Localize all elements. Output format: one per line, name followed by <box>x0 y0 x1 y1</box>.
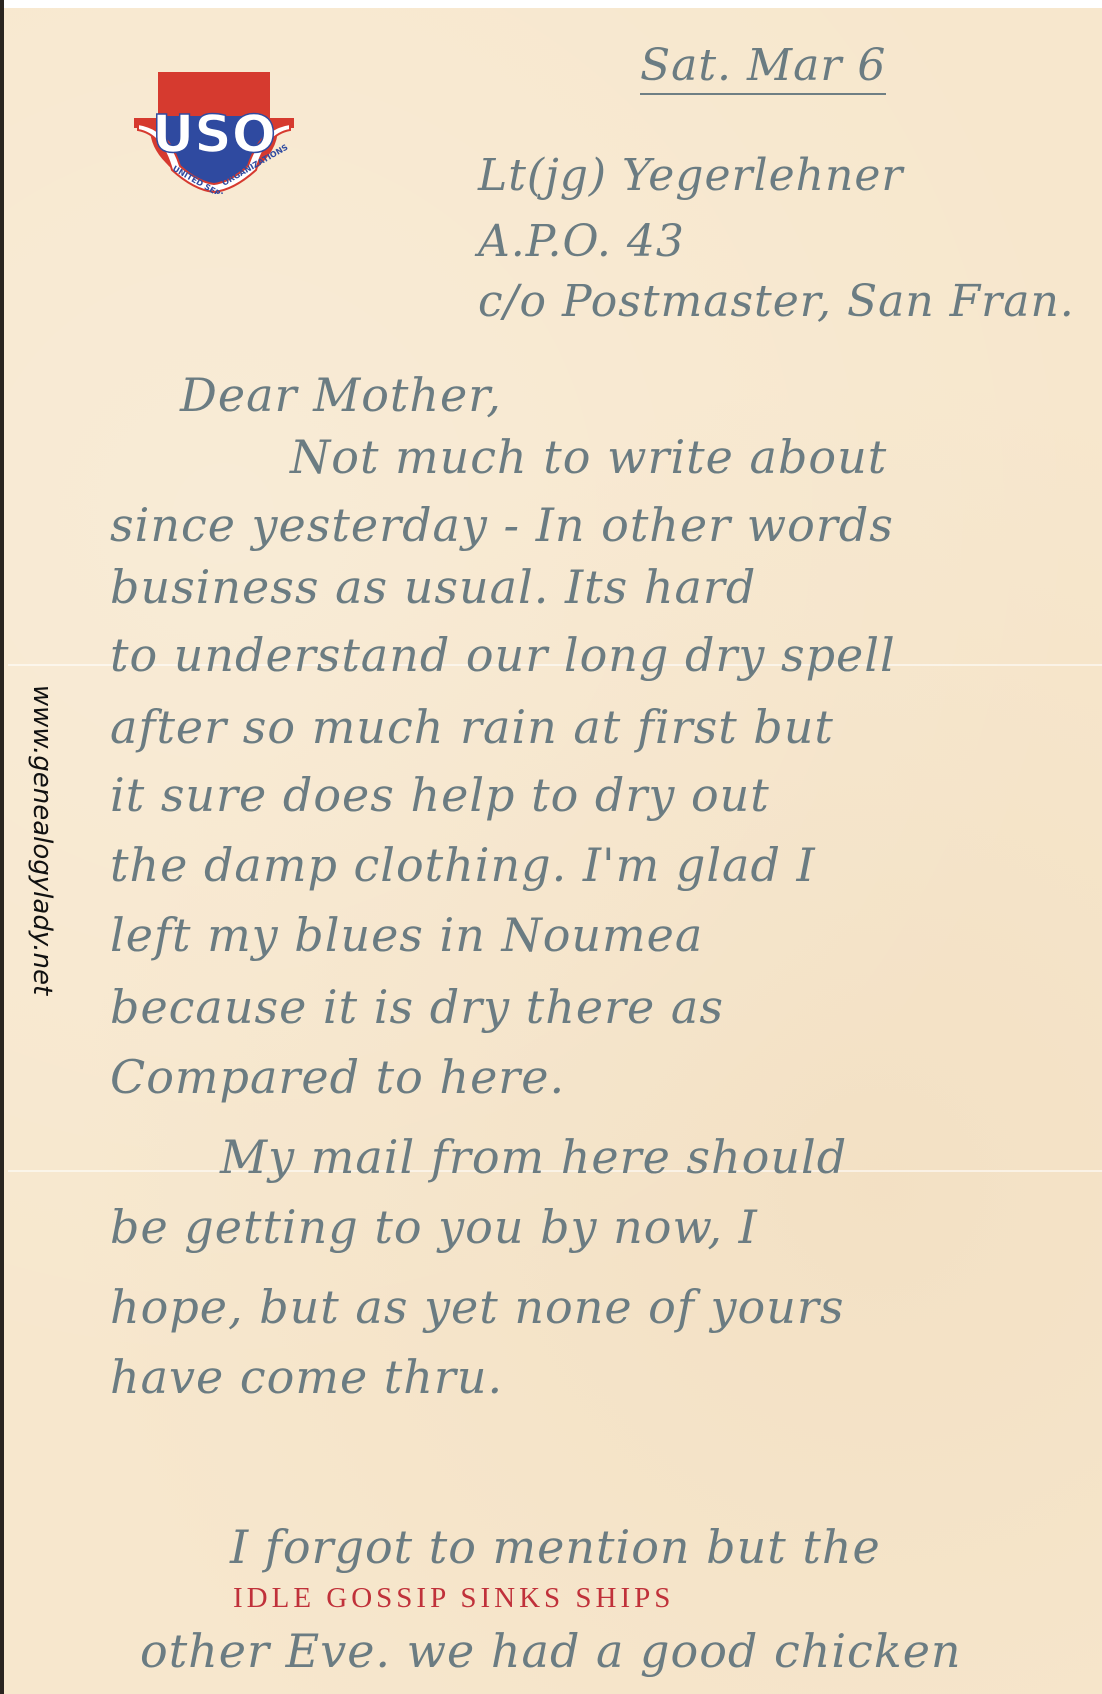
svg-text:USO: USO <box>152 105 276 165</box>
body-line: because it is dry there as <box>110 980 724 1034</box>
body-line: Compared to here. <box>110 1050 565 1104</box>
body-line: the damp clothing. I'm glad I <box>110 838 816 892</box>
scan-top-edge <box>0 0 1102 8</box>
body-line: be getting to you by now, I <box>110 1200 758 1254</box>
body-line: have come thru. <box>110 1350 503 1404</box>
body-line: Not much to write about <box>290 430 887 484</box>
watermark: www.genealogylady.net <box>22 670 62 1010</box>
uso-logo-icon: USO UNITED SERVICE ORGANIZATIONS <box>128 70 300 194</box>
salutation: Dear Mother, <box>180 368 502 422</box>
letter-date: Sat. Mar 6 <box>640 40 886 95</box>
body-line: business as usual. Its hard <box>110 560 756 614</box>
body-line: it sure does help to dry out <box>110 768 770 822</box>
sender-postmaster: c/o Postmaster, San Fran. <box>478 276 1075 327</box>
body-line: left my blues in Noumea <box>110 908 703 962</box>
sender-name: Lt(jg) Yegerlehner <box>478 150 903 201</box>
body-line: hope, but as yet none of yours <box>110 1280 844 1334</box>
body-line: I forgot to mention but the <box>230 1520 881 1574</box>
body-line: to understand our long dry spell <box>110 628 896 682</box>
footer-slogan: IDLE GOSSIP SINKS SHIPS <box>233 1582 674 1615</box>
sender-apo: A.P.O. 43 <box>478 216 685 267</box>
body-line: My mail from here should <box>220 1130 847 1184</box>
body-line: after so much rain at first but <box>110 700 834 754</box>
body-line: other Eve. we had a good chicken <box>140 1624 962 1678</box>
watermark-text: www.genealogylady.net <box>27 685 57 995</box>
body-line: since yesterday - In other words <box>110 498 894 552</box>
